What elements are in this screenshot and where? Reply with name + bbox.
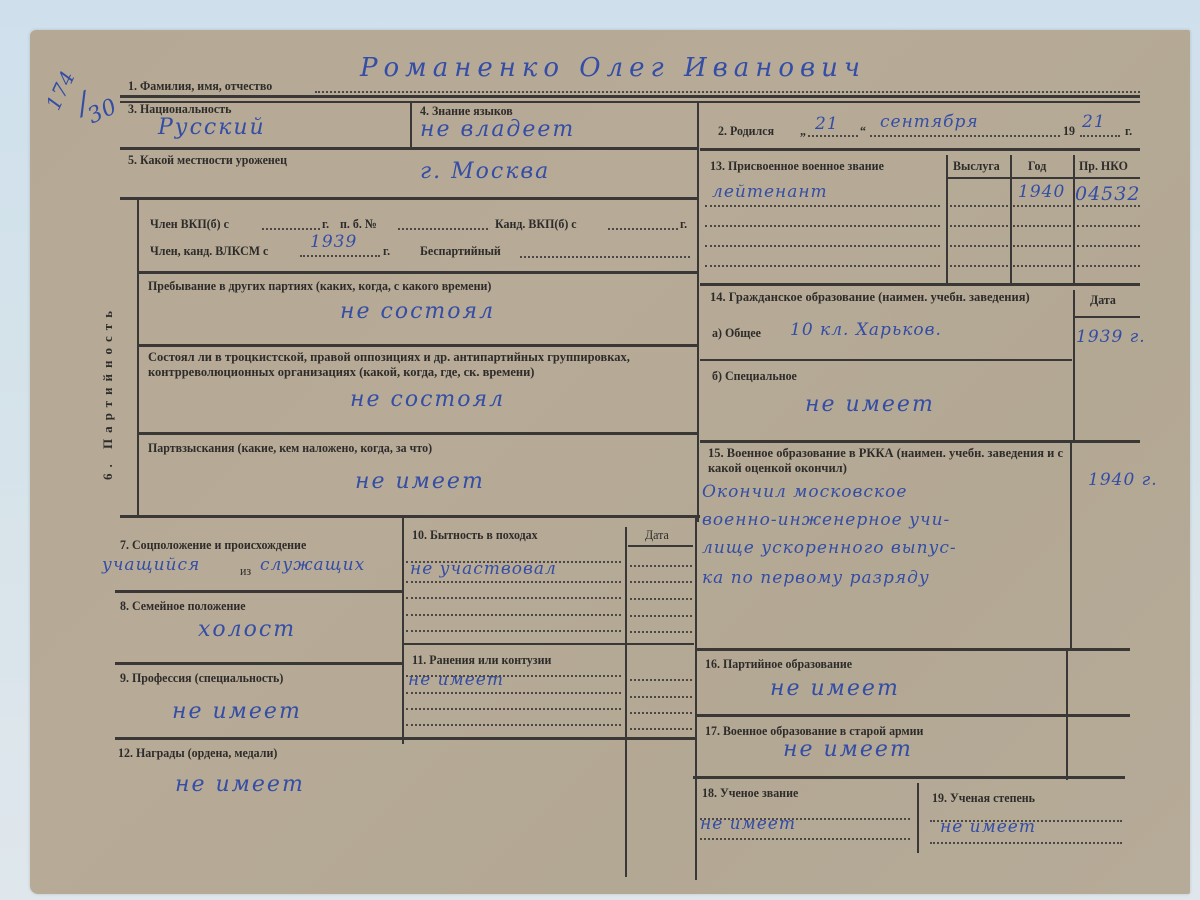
label-year-unit: г. [322,216,329,231]
label-old-army-education: 17. Военное образование в старой армии [705,723,923,738]
divider [120,197,698,200]
divider [700,283,1140,286]
social-status-value[interactable]: учащийся [102,553,200,577]
label-year-unit: г. [383,243,390,258]
born-year-line [1080,135,1120,137]
label-year-unit: г. [680,216,687,231]
col-order: Пр. НКО [1079,158,1128,173]
divider [120,147,698,150]
label-social-status: 7. Соцположение и происхождение [120,537,306,552]
dotted-fill-line [608,228,678,230]
wounds-value[interactable]: не имеет [408,668,504,692]
label-military-education: 15. Военное образование в РККА (наимен. … [708,446,1073,476]
dotted-fill-line [1077,245,1140,247]
label-vlksm: Член, канд. ВЛКСМ с [150,243,268,258]
dotted-fill-line [705,205,940,207]
opposition-value[interactable]: не состоял [350,388,505,412]
military-education-line-3[interactable]: лище ускоренного выпус- [702,536,957,560]
born-year-suffix[interactable]: 21 [1082,110,1106,134]
divider [115,662,403,665]
label-academic-title: 18. Ученое звание [702,785,798,800]
label-other-parties: Пребывание в других партиях (каких, когд… [148,278,491,293]
special-education-value[interactable]: не имеет [805,393,935,417]
label-campaigns: 10. Бытность в походах [412,527,538,542]
divider [1073,290,1075,440]
nationality-value[interactable]: Русский [158,116,266,140]
profession-value[interactable]: не имеет [172,700,302,724]
dotted-fill-line [705,225,940,227]
academic-title-value[interactable]: не имеет [700,812,796,836]
divider [1075,316,1140,318]
dotted-fill-line [630,581,692,583]
dotted-fill-line [705,245,940,247]
divider [700,440,1140,443]
divider [917,783,919,853]
languages-value[interactable]: не владеет [420,118,575,142]
born-day[interactable]: 21 [815,112,839,136]
divider [696,648,1130,651]
dotted-fill-line [406,630,621,632]
dotted-fill-line [1077,265,1140,267]
divider [946,177,1140,179]
dotted-fill-line [520,256,690,258]
born-year-prefix: 19 [1063,123,1075,138]
academic-degree-value[interactable]: не имеет [940,815,1036,839]
dotted-fill-line [630,679,692,681]
born-month[interactable]: сентября [880,110,979,134]
label-born: 2. Родился [718,123,774,138]
dotted-fill-line [1013,225,1071,227]
section-party-label: 6. Партийность [100,305,116,480]
divider [700,148,1140,151]
divider [120,95,1140,98]
label-languages: 4. Знание языков [420,103,513,118]
military-education-line-2[interactable]: военно-инженерное учи- [702,508,950,532]
rank-year[interactable]: 1940 [1018,180,1065,204]
born-year-unit: г. [1125,123,1132,138]
dotted-fill-line [406,692,621,694]
divider [120,101,1140,103]
divider [138,271,698,274]
military-education-line-1[interactable]: Окончил московское [702,480,907,504]
other-parties-value[interactable]: не состоял [340,300,495,324]
party-education-value[interactable]: не имеет [770,677,900,701]
label-vkp-member: Член ВКП(б) с [150,216,229,231]
dotted-fill-line [1013,245,1071,247]
dotted-fill-line [300,255,380,257]
dotted-fill-line [406,614,621,616]
divider [946,155,948,283]
dotted-fill-line [1013,265,1071,267]
awards-value[interactable]: не имеет [175,773,305,797]
dotted-fill-line [406,708,621,710]
dotted-fill-line [406,675,621,677]
dotted-fill-line [406,724,621,726]
divider [410,102,412,148]
label-vkp-candidate: Канд. ВКП(б) с [495,216,577,231]
divider [625,527,627,877]
label-nonparty: Беспартийный [420,243,501,258]
col-service: Выслуга [953,158,1000,173]
divider [696,714,1130,717]
divider [115,737,695,740]
birthplace-value[interactable]: г. Москва [420,160,550,184]
born-quote-open: „ [800,123,806,138]
penalties-value[interactable]: не имеет [355,470,485,494]
vlksm-year[interactable]: 1939 [310,230,357,254]
divider [138,344,698,347]
divider [1070,440,1072,650]
divider [404,643,694,645]
divider [628,545,693,547]
label-opposition: Состоял ли в троцкистской, правой оппози… [148,350,693,380]
label-party-education: 16. Партийное образование [705,656,852,671]
dotted-fill-line [630,631,692,633]
full-name-line [315,91,1140,93]
born-quote-close: “ [860,123,866,138]
dotted-fill-line [950,225,1008,227]
divider [1073,155,1075,283]
full-name-value[interactable]: Романенко Олег Иванович [360,56,866,80]
label-marital-status: 8. Семейное положение [120,598,246,613]
social-origin-value[interactable]: служащих [260,553,365,577]
born-month-line [870,135,1060,137]
label-penalties: Партвзыскания (какие, кем наложено, когд… [148,440,432,455]
campaigns-date-header: Дата [645,527,669,542]
label-wounds: 11. Ранения или контузии [412,652,551,667]
label-profession: 9. Профессия (специальность) [120,670,283,685]
civil-date-header: Дата [1090,292,1116,307]
dotted-fill-line [700,838,910,840]
divider [137,198,139,516]
divider [700,359,1072,361]
dotted-fill-line [630,615,692,617]
dotted-fill-line [398,228,488,230]
label-awards: 12. Награды (ордена, медали) [118,745,277,760]
label-nationality: 3. Национальность [128,101,231,116]
general-education-date[interactable]: 1939 г. [1076,325,1146,349]
dotted-fill-line [950,245,1008,247]
dotted-fill-line [630,696,692,698]
label-special-education: б) Специальное [712,368,797,383]
general-education-value[interactable]: 10 кл. Харьков. [790,318,942,342]
dotted-fill-line [630,598,692,600]
divider [138,432,698,435]
dotted-fill-line [950,205,1008,207]
divider [695,518,697,880]
military-education-date[interactable]: 1940 г. [1088,468,1158,492]
divider [402,518,404,744]
dotted-fill-line [406,581,621,583]
dotted-fill-line [930,842,1122,844]
dotted-fill-line [1013,205,1071,207]
dotted-fill-line [406,561,621,563]
label-academic-degree: 19. Ученая степень [932,790,1035,805]
label-birthplace: 5. Какой местности уроженец [128,152,287,167]
marital-status-value[interactable]: холост [198,618,296,642]
label-general-education: а) Общее [712,325,761,340]
divider [1010,155,1012,283]
col-year: Год [1028,158,1046,173]
dotted-fill-line [705,265,940,267]
label-party-card: п. б. № [340,216,377,231]
label-from: из [240,563,251,578]
divider [120,515,700,518]
dotted-fill-line [630,565,692,567]
military-education-line-4[interactable]: ка по первому разряду [702,566,930,590]
dotted-fill-line [1077,205,1140,207]
divider [693,776,1125,779]
dotted-fill-line [950,265,1008,267]
dotted-fill-line [630,712,692,714]
dotted-fill-line [630,728,692,730]
label-full-name: 1. Фамилия, имя, отчество [128,78,272,93]
dotted-fill-line [406,597,621,599]
rank-order[interactable]: 04532 [1075,182,1140,206]
label-military-rank: 13. Присвоенное военное звание [710,158,884,173]
rank-value[interactable]: лейтенант [712,180,828,204]
dotted-fill-line [1077,225,1140,227]
label-civil-education: 14. Гражданское образование (наимен. уче… [710,290,1070,305]
old-army-education-value[interactable]: не имеет [783,738,913,762]
divider [697,102,699,522]
divider [115,590,403,593]
